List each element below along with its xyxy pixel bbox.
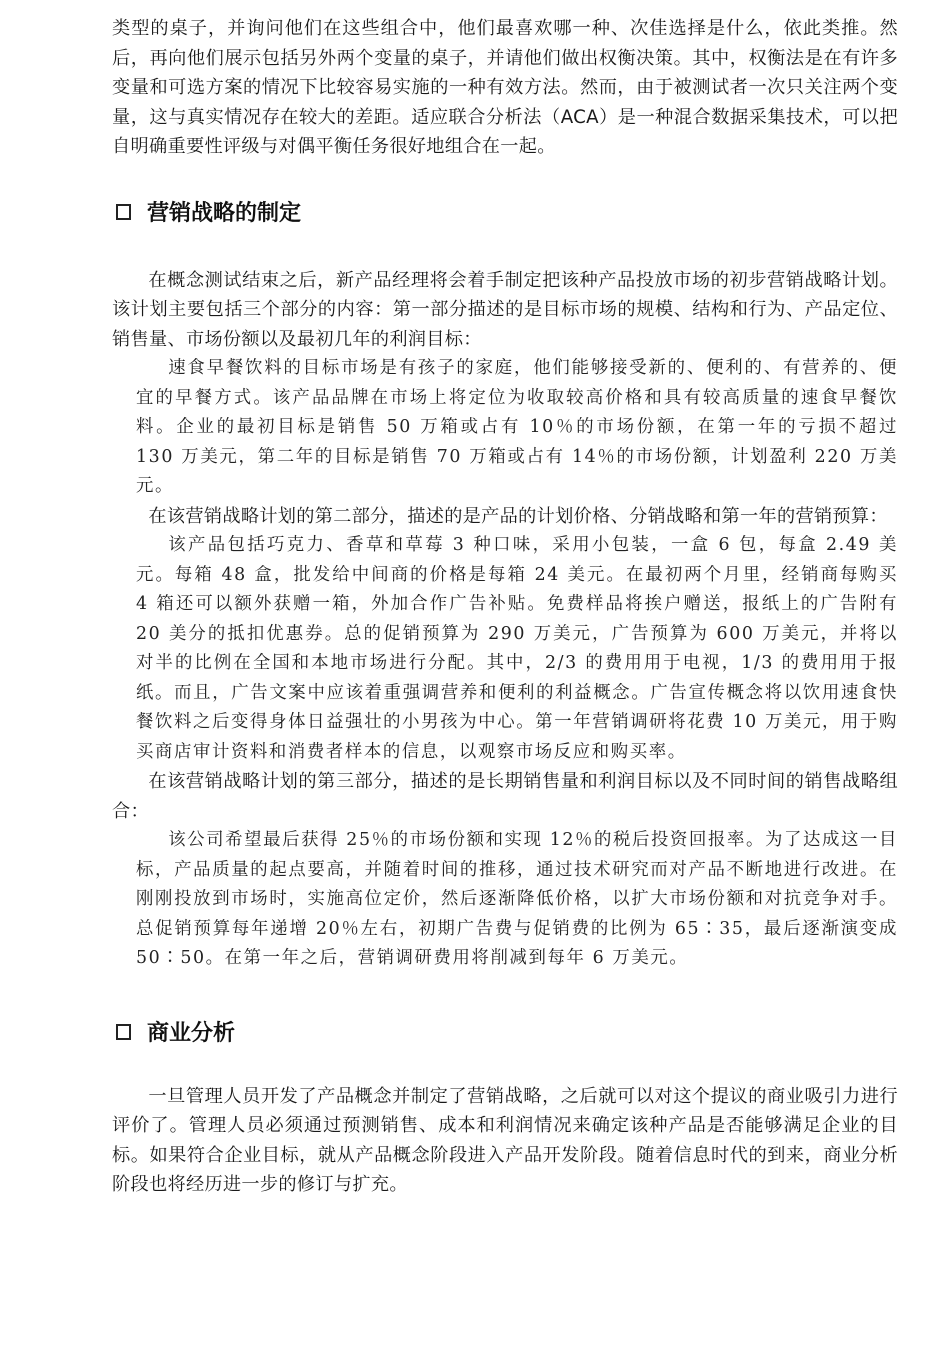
section-heading-text: 商业分析 xyxy=(147,1016,235,1047)
example-paragraph: 该公司希望最后获得 25％的市场份额和实现 12％的税后投资回报率。为了达成这一… xyxy=(136,826,898,974)
document-page: 类型的桌子，并询问他们在这些组合中，他们最喜欢哪一种、次佳选择是什么，依此类推。… xyxy=(112,14,898,1200)
section-heading-marketing-strategy: 营销战略的制定 xyxy=(112,192,898,232)
square-bullet-icon xyxy=(116,204,131,220)
example-paragraph: 该产品包括巧克力、香草和草莓 3 种口味，采用小包装，一盒 6 包，每盒 2.4… xyxy=(136,531,898,767)
section-heading-text: 营销战略的制定 xyxy=(147,196,301,227)
body-paragraph: 在该营销战略计划的第二部分，描述的是产品的计划价格、分销战略和第一年的营销预算： xyxy=(112,502,898,532)
body-paragraph: 在概念测试结束之后，新产品经理将会着手制定把该种产品投放市场的初步营销战略计划。… xyxy=(112,266,898,355)
intro-paragraph: 类型的桌子，并询问他们在这些组合中，他们最喜欢哪一种、次佳选择是什么，依此类推。… xyxy=(112,14,898,162)
body-paragraph: 一旦管理人员开发了产品概念并制定了营销战略，之后就可以对这个提议的商业吸引力进行… xyxy=(112,1082,898,1200)
square-bullet-icon xyxy=(116,1024,131,1040)
body-paragraph: 在该营销战略计划的第三部分，描述的是长期销售量和利润目标以及不同时间的销售战略组… xyxy=(112,767,898,826)
example-paragraph: 速食早餐饮料的目标市场是有孩子的家庭，他们能够接受新的、便利的、有营养的、便宜的… xyxy=(136,354,898,502)
section-heading-business-analysis: 商业分析 xyxy=(112,1012,898,1052)
